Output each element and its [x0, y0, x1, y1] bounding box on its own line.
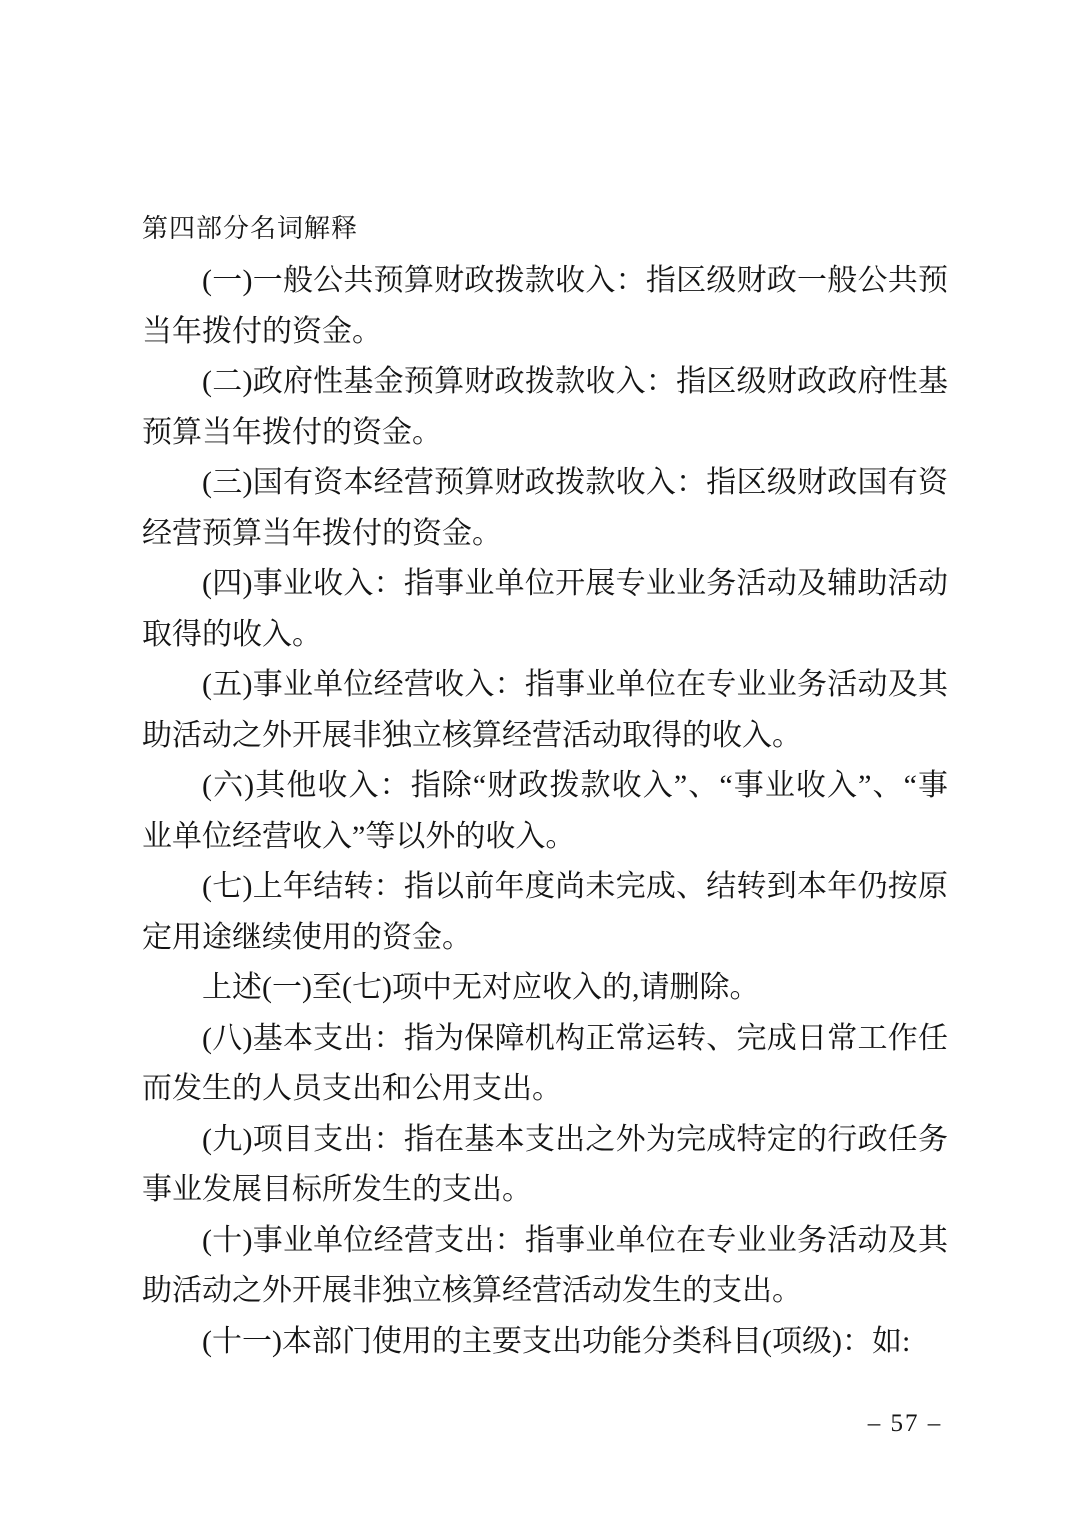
- text-line: 助活动之外开展非独立核算经营活动发生的支出。: [142, 1266, 948, 1317]
- text-line: 取得的收入。: [142, 610, 948, 661]
- text-line: 助活动之外开展非独立核算经营活动取得的收入。: [142, 711, 948, 762]
- text-line: (四)事业收入：指事业单位开展专业业务活动及辅助活动所: [142, 559, 948, 610]
- document-body: 第四部分名词解释 (一)一般公共预算财政拨款收入：指区级财政一般公共预算 当年拨…: [142, 202, 948, 1367]
- text-line: (二)政府性基金预算财政拨款收入：指区级财政政府性基金: [142, 357, 948, 408]
- page-title: 第四部分名词解释: [142, 202, 948, 256]
- text-line: (十一)本部门使用的主要支出功能分类科目(项级)：如:: [142, 1317, 948, 1368]
- text-line: 经营预算当年拨付的资金。: [142, 509, 948, 560]
- text-line: (八)基本支出：指为保障机构正常运转、完成日常工作任务: [142, 1014, 948, 1065]
- text-line: (五)事业单位经营收入：指事业单位在专业业务活动及其辅: [142, 660, 948, 711]
- page-number: – 57 –: [838, 1410, 972, 1438]
- text-line: (三)国有资本经营预算财政拨款收入：指区级财政国有资本: [142, 458, 948, 509]
- text-line: (一)一般公共预算财政拨款收入：指区级财政一般公共预算: [142, 256, 948, 307]
- text-line: 事业发展目标所发生的支出。: [142, 1165, 948, 1216]
- text-line: 上述(一)至(七)项中无对应收入的,请删除。: [142, 963, 948, 1014]
- text-line: 当年拨付的资金。: [142, 307, 948, 358]
- text-line: (十)事业单位经营支出：指事业单位在专业业务活动及其辅: [142, 1216, 948, 1267]
- text-line: 定用途继续使用的资金。: [142, 913, 948, 964]
- text-line: (九)项目支出：指在基本支出之外为完成特定的行政任务和: [142, 1115, 948, 1166]
- text-line: (六)其他收入：指除“财政拨款收入”、“事业收入”、“事: [142, 761, 948, 812]
- text-line: 而发生的人员支出和公用支出。: [142, 1064, 948, 1115]
- document-page: 第四部分名词解释 (一)一般公共预算财政拨款收入：指区级财政一般公共预算 当年拨…: [0, 0, 1074, 1520]
- text-line: 预算当年拨付的资金。: [142, 408, 948, 459]
- text-line: (七)上年结转：指以前年度尚未完成、结转到本年仍按原规: [142, 862, 948, 913]
- text-line: 业单位经营收入”等以外的收入。: [142, 812, 948, 863]
